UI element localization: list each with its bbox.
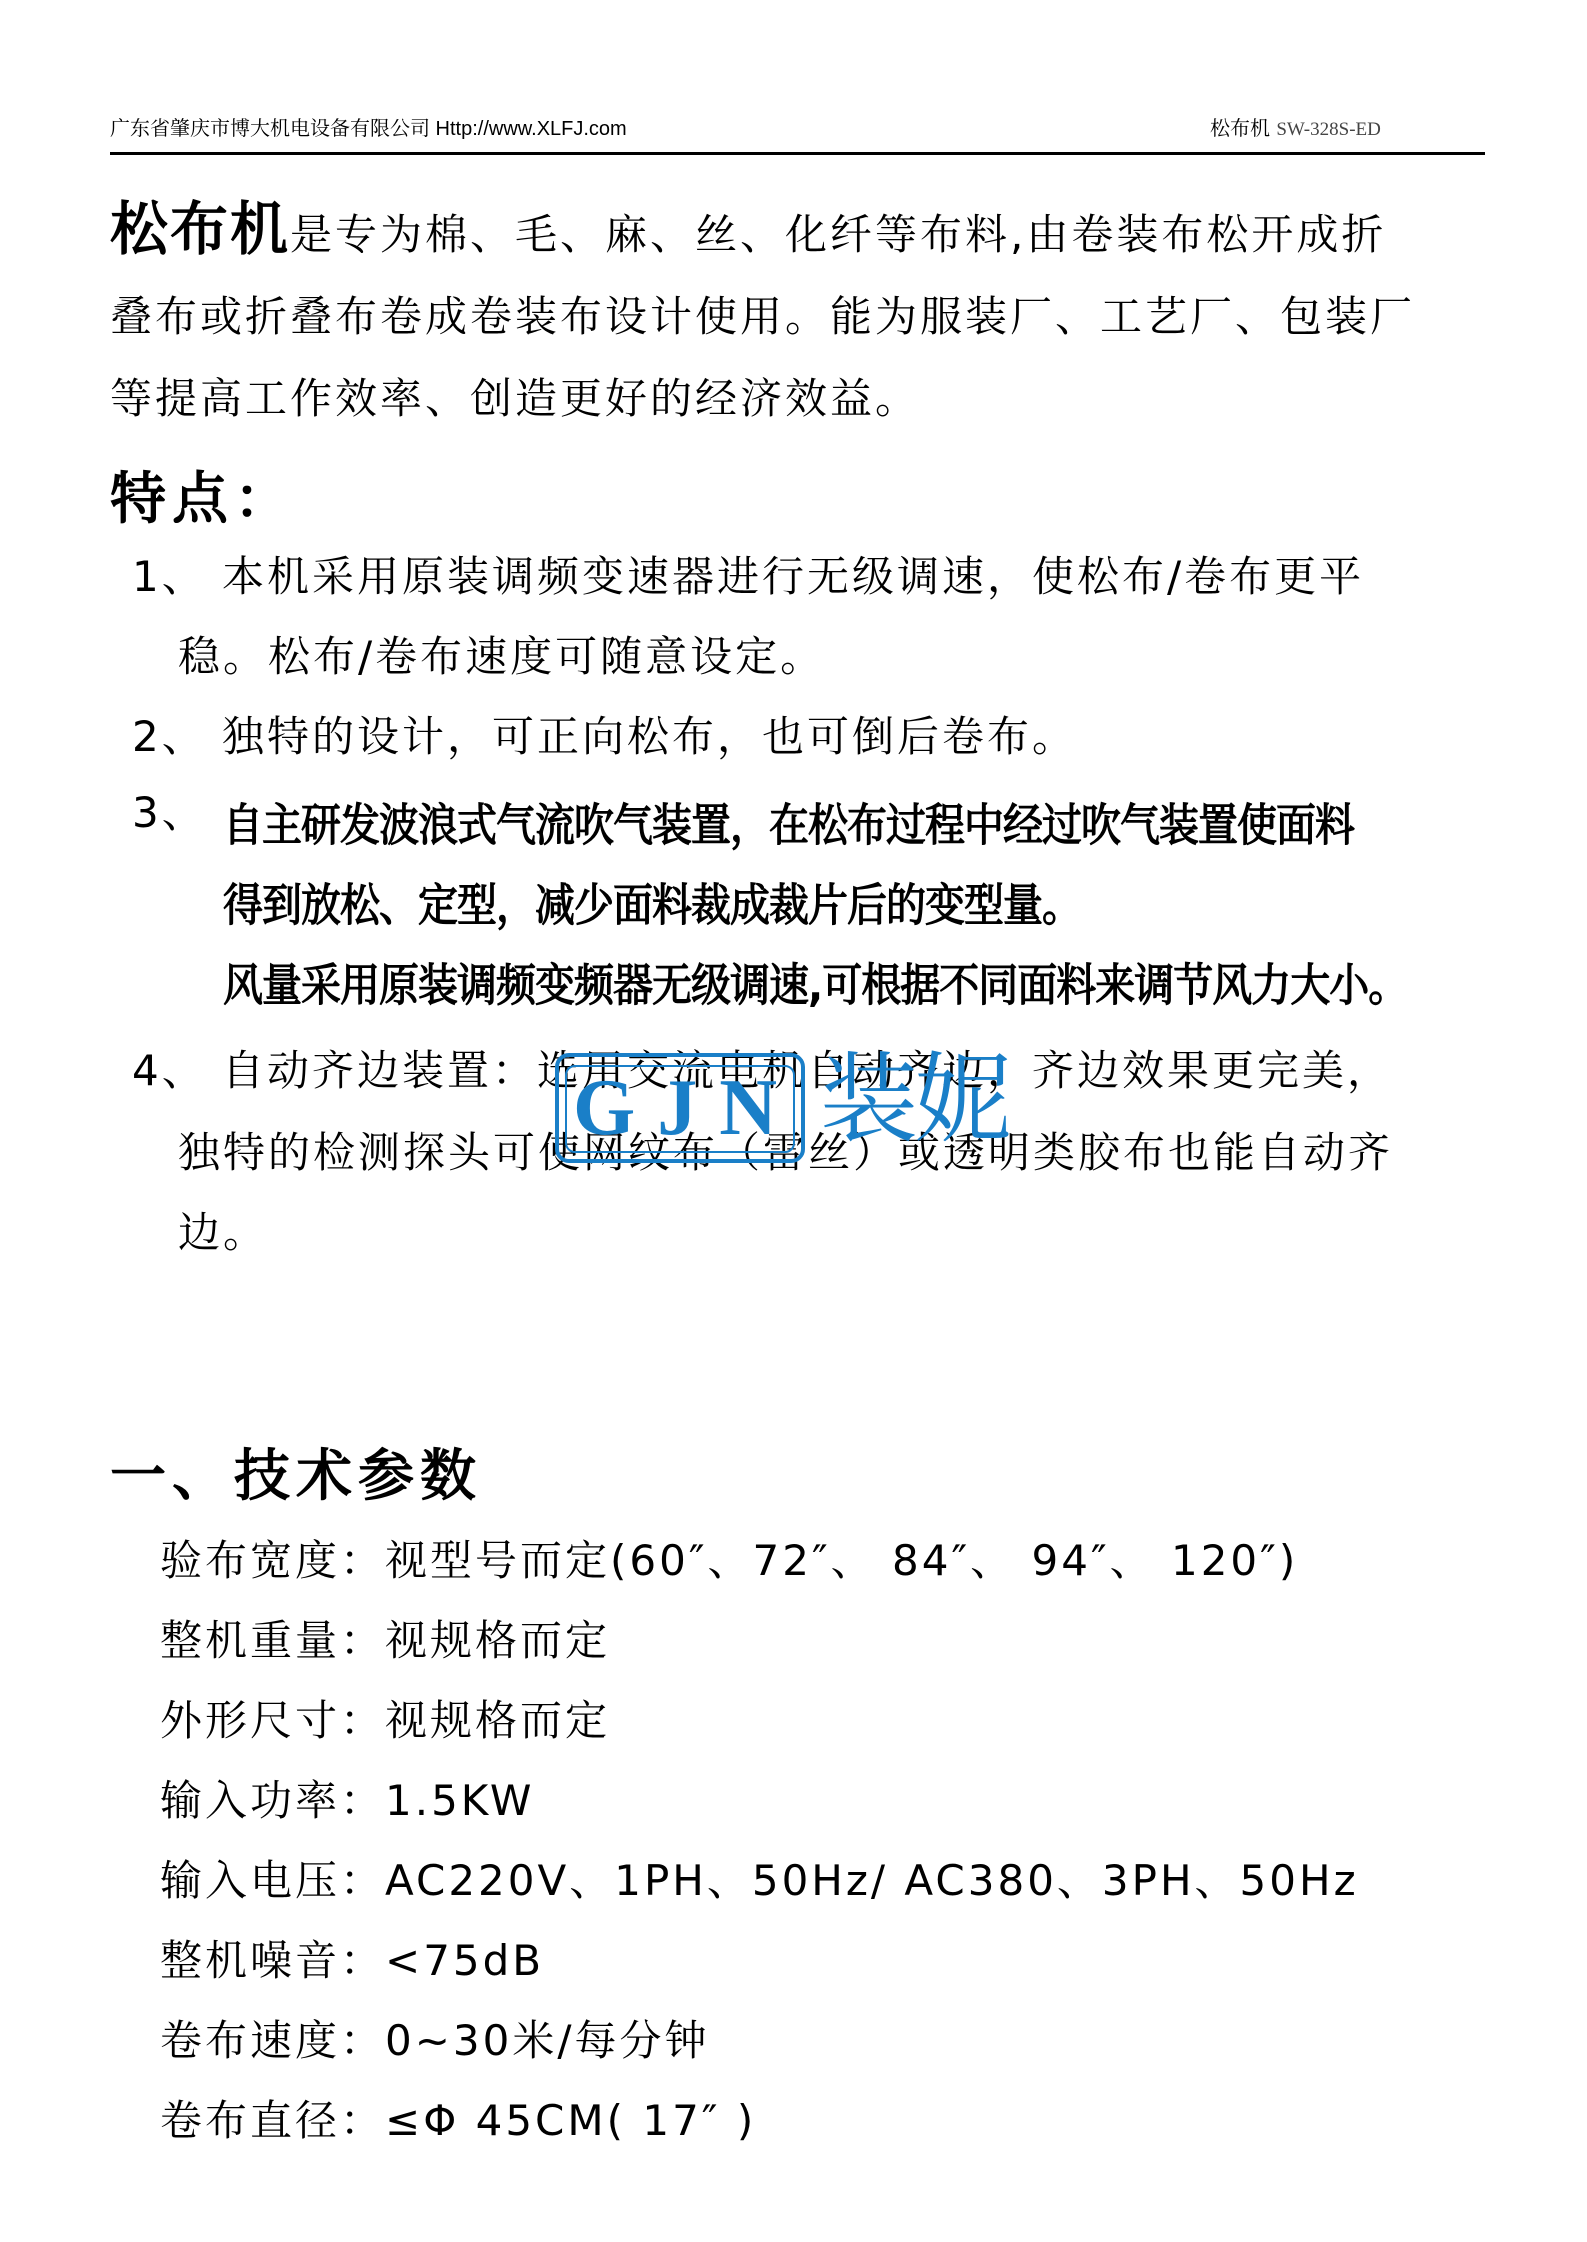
product-header: 松布机 SW-328S-ED (1210, 112, 1381, 141)
company-header: 广东省肇庆市博大机电设备有限公司 Http://www.XLFJ.com (110, 112, 627, 141)
feature-number: 2、 (132, 696, 222, 778)
specs-title: 一、技术参数 (110, 1432, 482, 1512)
spec-value: ：<75dB (340, 1936, 544, 1985)
spec-value: ：AC220V、1PH、50Hz/ AC380、3PH、50Hz (340, 1856, 1359, 1905)
watermark-stamp: GJN (555, 1053, 805, 1163)
intro-paragraph: 松布机是专为棉、毛、麻、丝、化纤等布料,由卷装布松开成折 叠布或折叠布卷成卷装布… (110, 188, 1510, 440)
spec-value: ：视型号而定(60″、72″、 84″、 94″、 120″) (340, 1536, 1298, 1585)
spec-row-noise: 整机噪音：<75dB (160, 1928, 544, 1988)
page-header: 广东省肇庆市博大机电设备有限公司 Http://www.XLFJ.com 松布机… (110, 112, 1485, 152)
feature-item-1-cont: 稳。松布/卷布速度可随意设定。 (178, 616, 825, 698)
intro-line-3: 等提高工作效率、创造更好的经济效益。 (110, 358, 1510, 440)
feature-number: 1、 (132, 536, 222, 618)
spec-value: ：≤Φ 45CM( 17″ ) (340, 2096, 756, 2145)
model-number: SW-328S-ED (1276, 119, 1381, 140)
spec-row-width: 验布宽度：视型号而定(60″、72″、 84″、 94″、 120″) (160, 1528, 1298, 1588)
spec-row-speed: 卷布速度：0~30米/每分钟 (160, 2008, 710, 2068)
feature-item-3-line-2: 得到放松、定型，减少面料裁成裁片后的变型量。 (223, 870, 1081, 934)
spec-label: 卷布直径 (160, 2096, 340, 2145)
intro-lead: 松布机 (110, 195, 290, 263)
features-title: 特点： (110, 455, 296, 535)
watermark-chinese-text: 装妮 (820, 1050, 1008, 1150)
spec-label: 整机噪音 (160, 1936, 340, 1985)
feature-item-4-cont-2: 边。 (178, 1192, 268, 1274)
spec-row-dimensions: 外形尺寸：视规格而定 (160, 1688, 610, 1748)
intro-line-2: 叠布或折叠布卷成卷装布设计使用。能为服装厂、工艺厂、包装厂 (110, 276, 1510, 358)
spec-row-voltage: 输入电压：AC220V、1PH、50Hz/ AC380、3PH、50Hz (160, 1848, 1359, 1908)
spec-value: ：视规格而定 (340, 1696, 610, 1745)
header-divider (110, 152, 1485, 155)
spec-label: 卷布速度 (160, 2016, 340, 2065)
product-name: 松布机 (1210, 116, 1270, 140)
stamp-latin-text: GJN (573, 1063, 799, 1153)
feature-item-2: 2、独特的设计，可正向松布，也可倒后卷布。 (132, 696, 1077, 778)
spec-value: ：0~30米/每分钟 (340, 2016, 710, 2065)
spec-value: ：视规格而定 (340, 1616, 610, 1665)
spec-label: 输入电压 (160, 1856, 340, 1905)
feature-item-1: 1、本机采用原装调频变速器进行无级调速，使松布/卷布更平 (132, 536, 1364, 618)
spec-label: 外形尺寸 (160, 1696, 340, 1745)
feature-item-3-line-1: 自主研发波浪式气流吹气装置，在松布过程中经过吹气装置使面料 (223, 790, 1354, 854)
spec-row-diameter: 卷布直径：≤Φ 45CM( 17″ ) (160, 2088, 756, 2148)
spec-row-weight: 整机重量：视规格而定 (160, 1608, 610, 1668)
spec-label: 验布宽度 (160, 1536, 340, 1585)
feature-number: 4、 (132, 1030, 222, 1112)
spec-label: 整机重量 (160, 1616, 340, 1665)
feature-number: 3、 (132, 772, 222, 854)
spec-value: ：1.5KW (340, 1776, 534, 1825)
intro-line-1: 松布机是专为棉、毛、麻、丝、化纤等布料,由卷装布松开成折 (110, 188, 1510, 276)
spec-label: 输入功率 (160, 1776, 340, 1825)
feature-item-3: 3、 (132, 772, 222, 854)
spec-row-power: 输入功率：1.5KW (160, 1768, 534, 1828)
feature-item-3-line-3: 风量采用原装调频变频器无级调速,可根据不同面料来调节风力大小。 (223, 950, 1407, 1014)
